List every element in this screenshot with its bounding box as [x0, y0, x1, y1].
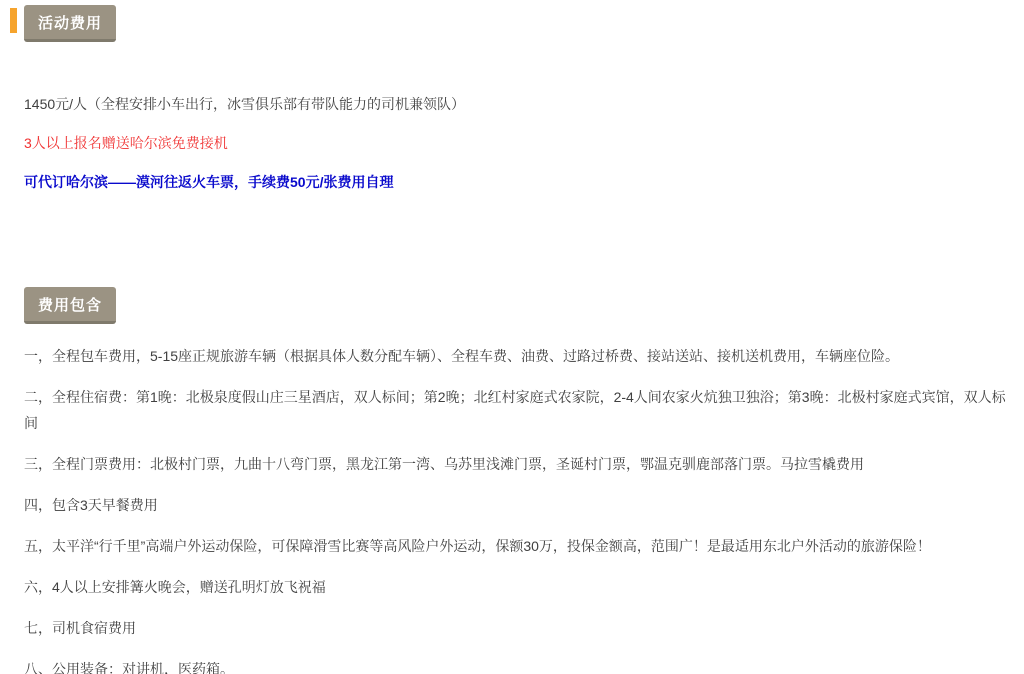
train-ticket-booking-line: 可代订哈尔滨——漠河往返火车票，手续费50元/张费用自理	[24, 172, 1010, 192]
page-content: 活动费用 1450元/人（全程安排小车出行，冰雪俱乐部有带队能力的司机兼领队） …	[0, 0, 1024, 674]
fee-item-3: 三，全程门票费用：北极村门票，九曲十八弯门票，黑龙江第一湾、乌苏里浅滩门票，圣诞…	[24, 451, 1010, 477]
section-fee-included: 费用包含 一，全程包车费用，5-15座正规旅游车辆（根据具体人数分配车辆）、全程…	[24, 287, 1010, 674]
activity-fee-title-badge: 活动费用	[24, 5, 116, 42]
fee-item-1: 一，全程包车费用，5-15座正规旅游车辆（根据具体人数分配车辆）、全程车费、油费…	[24, 343, 1010, 369]
fee-item-4: 四，包含3天早餐费用	[24, 492, 1010, 518]
free-airport-pickup-promo-line: 3人以上报名赠送哈尔滨免费接机	[24, 133, 1010, 153]
fee-included-list: 一，全程包车费用，5-15座正规旅游车辆（根据具体人数分配车辆）、全程车费、油费…	[24, 343, 1010, 674]
fee-item-8: 八、公用装备：对讲机，医药箱。	[24, 656, 1010, 674]
price-per-person-line: 1450元/人（全程安排小车出行，冰雪俱乐部有带队能力的司机兼领队）	[24, 94, 1010, 114]
fee-item-5: 五，太平洋“行千里”高端户外运动保险，可保障滑雪比赛等高风险户外运动，保额30万…	[24, 533, 1010, 559]
fee-item-7: 七，司机食宿费用	[24, 615, 1010, 641]
section-activity-fee: 活动费用 1450元/人（全程安排小车出行，冰雪俱乐部有带队能力的司机兼领队） …	[24, 5, 1010, 192]
section-accent-bar	[10, 8, 17, 33]
activity-fee-text-block: 1450元/人（全程安排小车出行，冰雪俱乐部有带队能力的司机兼领队） 3人以上报…	[24, 94, 1010, 192]
fee-item-2: 二，全程住宿费：第1晚：北极泉度假山庄三星酒店，双人标间；第2晚；北红村家庭式农…	[24, 384, 1010, 436]
fee-included-title-badge: 费用包含	[24, 287, 116, 324]
fee-item-6: 六，4人以上安排篝火晚会，赠送孔明灯放飞祝福	[24, 574, 1010, 600]
